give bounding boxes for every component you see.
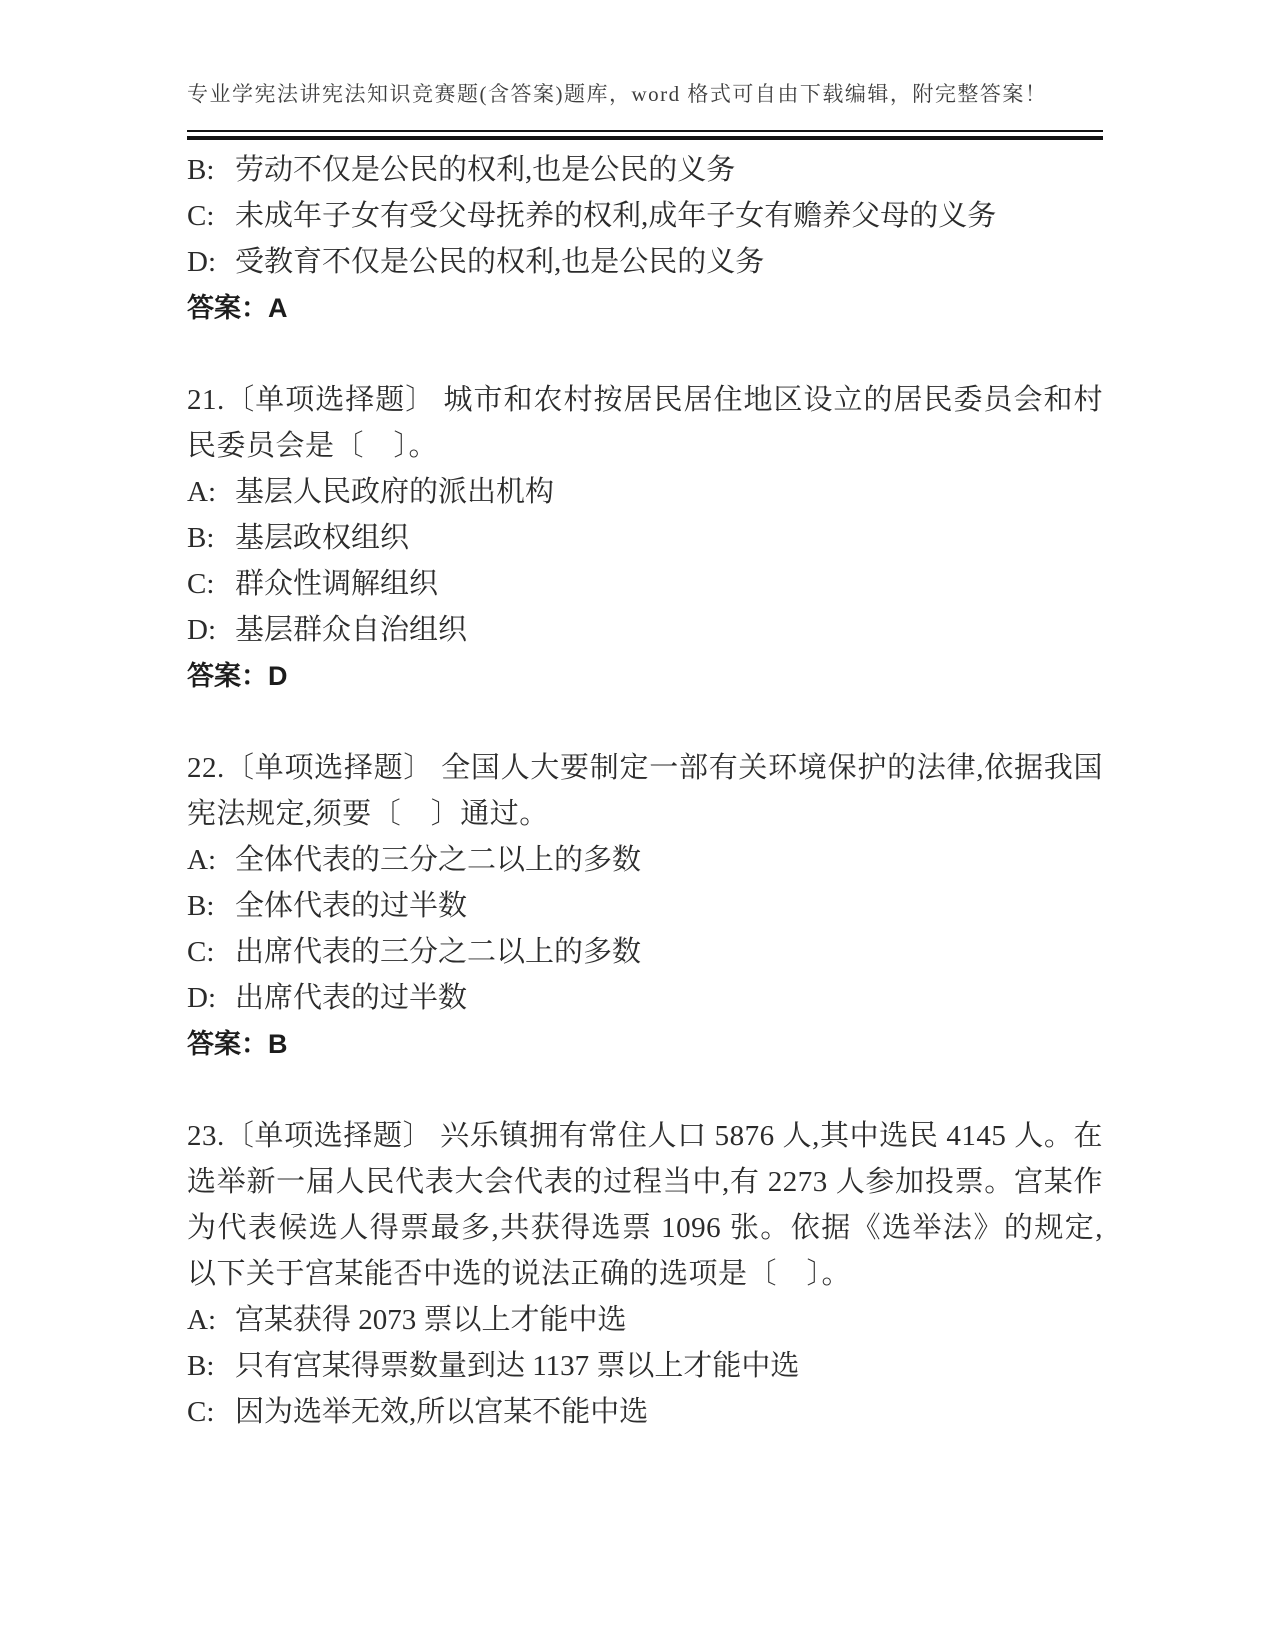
option-label: A: xyxy=(187,1297,219,1343)
option-text: 基层群众自治组织 xyxy=(235,614,467,646)
answer-text: 答案：B xyxy=(187,1021,1103,1067)
document-body: B:劳动不仅是公民的权利,也是公民的义务 C:未成年子女有受父母抚养的权利,成年… xyxy=(187,147,1103,1435)
option-line-d: D:基层群众自治组织 xyxy=(187,607,1103,653)
option-line-a: A:基层人民政府的派出机构 xyxy=(187,469,1103,515)
exam-document-page: 专业学宪法讲宪法知识竞赛题(含答案)题库，word 格式可自由下载编辑，附完整答… xyxy=(0,0,1275,1650)
option-label: B: xyxy=(187,1343,219,1389)
option-text: 未成年子女有受父母抚养的权利,成年子女有赡养父母的义务 xyxy=(235,200,996,232)
question-block-22: 22.〔单项选择题〕 全国人大要制定一部有关环境保护的法律,依据我国宪法规定,须… xyxy=(187,745,1103,1067)
option-line-c: C:因为选举无效,所以宫某不能中选 xyxy=(187,1389,1103,1435)
option-label: C: xyxy=(187,929,219,975)
option-label: A: xyxy=(187,469,219,515)
option-label: C: xyxy=(187,193,219,239)
option-text: 劳动不仅是公民的权利,也是公民的义务 xyxy=(235,154,735,186)
option-text: 全体代表的过半数 xyxy=(235,890,467,922)
option-text: 出席代表的过半数 xyxy=(235,982,467,1014)
option-line-c: C:出席代表的三分之二以上的多数 xyxy=(187,929,1103,975)
option-line-a: A:宫某获得 2073 票以上才能中选 xyxy=(187,1297,1103,1343)
option-line-b: B:全体代表的过半数 xyxy=(187,883,1103,929)
document-header-text: 专业学宪法讲宪法知识竞赛题(含答案)题库，word 格式可自由下载编辑，附完整答… xyxy=(187,72,1103,117)
option-label: B: xyxy=(187,147,219,193)
option-line-b: B:劳动不仅是公民的权利,也是公民的义务 xyxy=(187,147,1103,193)
option-text: 受教育不仅是公民的权利,也是公民的义务 xyxy=(235,246,764,278)
option-line-a: A:全体代表的三分之二以上的多数 xyxy=(187,837,1103,883)
option-label: B: xyxy=(187,883,219,929)
option-label: C: xyxy=(187,561,219,607)
option-label: D: xyxy=(187,975,219,1021)
option-line-b: B:基层政权组织 xyxy=(187,515,1103,561)
option-text: 基层政权组织 xyxy=(235,522,409,554)
option-text: 群众性调解组织 xyxy=(235,568,438,600)
option-line-d: D:出席代表的过半数 xyxy=(187,975,1103,1021)
option-label: C: xyxy=(187,1389,219,1435)
option-line-d: D:受教育不仅是公民的权利,也是公民的义务 xyxy=(187,239,1103,285)
question-block-continued: B:劳动不仅是公民的权利,也是公民的义务 C:未成年子女有受父母抚养的权利,成年… xyxy=(187,147,1103,331)
answer-text: 答案：D xyxy=(187,653,1103,699)
option-text: 只有宫某得票数量到达 1137 票以上才能中选 xyxy=(235,1350,799,1382)
question-text: 21.〔单项选择题〕 城市和农村按居民居住地区设立的居民委员会和村民委员会是〔 … xyxy=(187,377,1103,469)
option-line-c: C:未成年子女有受父母抚养的权利,成年子女有赡养父母的义务 xyxy=(187,193,1103,239)
option-text: 基层人民政府的派出机构 xyxy=(235,476,554,508)
option-line-c: C:群众性调解组织 xyxy=(187,561,1103,607)
option-text: 因为选举无效,所以宫某不能中选 xyxy=(235,1396,648,1428)
header-divider-rule xyxy=(187,130,1103,140)
option-text: 全体代表的三分之二以上的多数 xyxy=(235,844,641,876)
option-label: B: xyxy=(187,515,219,561)
page-content: 专业学宪法讲宪法知识竞赛题(含答案)题库，word 格式可自由下载编辑，附完整答… xyxy=(0,0,1275,1435)
question-block-21: 21.〔单项选择题〕 城市和农村按居民居住地区设立的居民委员会和村民委员会是〔 … xyxy=(187,377,1103,699)
option-line-b: B:只有宫某得票数量到达 1137 票以上才能中选 xyxy=(187,1343,1103,1389)
question-text: 23.〔单项选择题〕 兴乐镇拥有常住人口 5876 人,其中选民 4145 人。… xyxy=(187,1113,1103,1297)
option-label: A: xyxy=(187,837,219,883)
option-text: 出席代表的三分之二以上的多数 xyxy=(235,936,641,968)
option-label: D: xyxy=(187,607,219,653)
answer-text: 答案：A xyxy=(187,285,1103,331)
option-label: D: xyxy=(187,239,219,285)
question-text: 22.〔单项选择题〕 全国人大要制定一部有关环境保护的法律,依据我国宪法规定,须… xyxy=(187,745,1103,837)
question-block-23: 23.〔单项选择题〕 兴乐镇拥有常住人口 5876 人,其中选民 4145 人。… xyxy=(187,1113,1103,1435)
option-text: 宫某获得 2073 票以上才能中选 xyxy=(235,1304,627,1336)
